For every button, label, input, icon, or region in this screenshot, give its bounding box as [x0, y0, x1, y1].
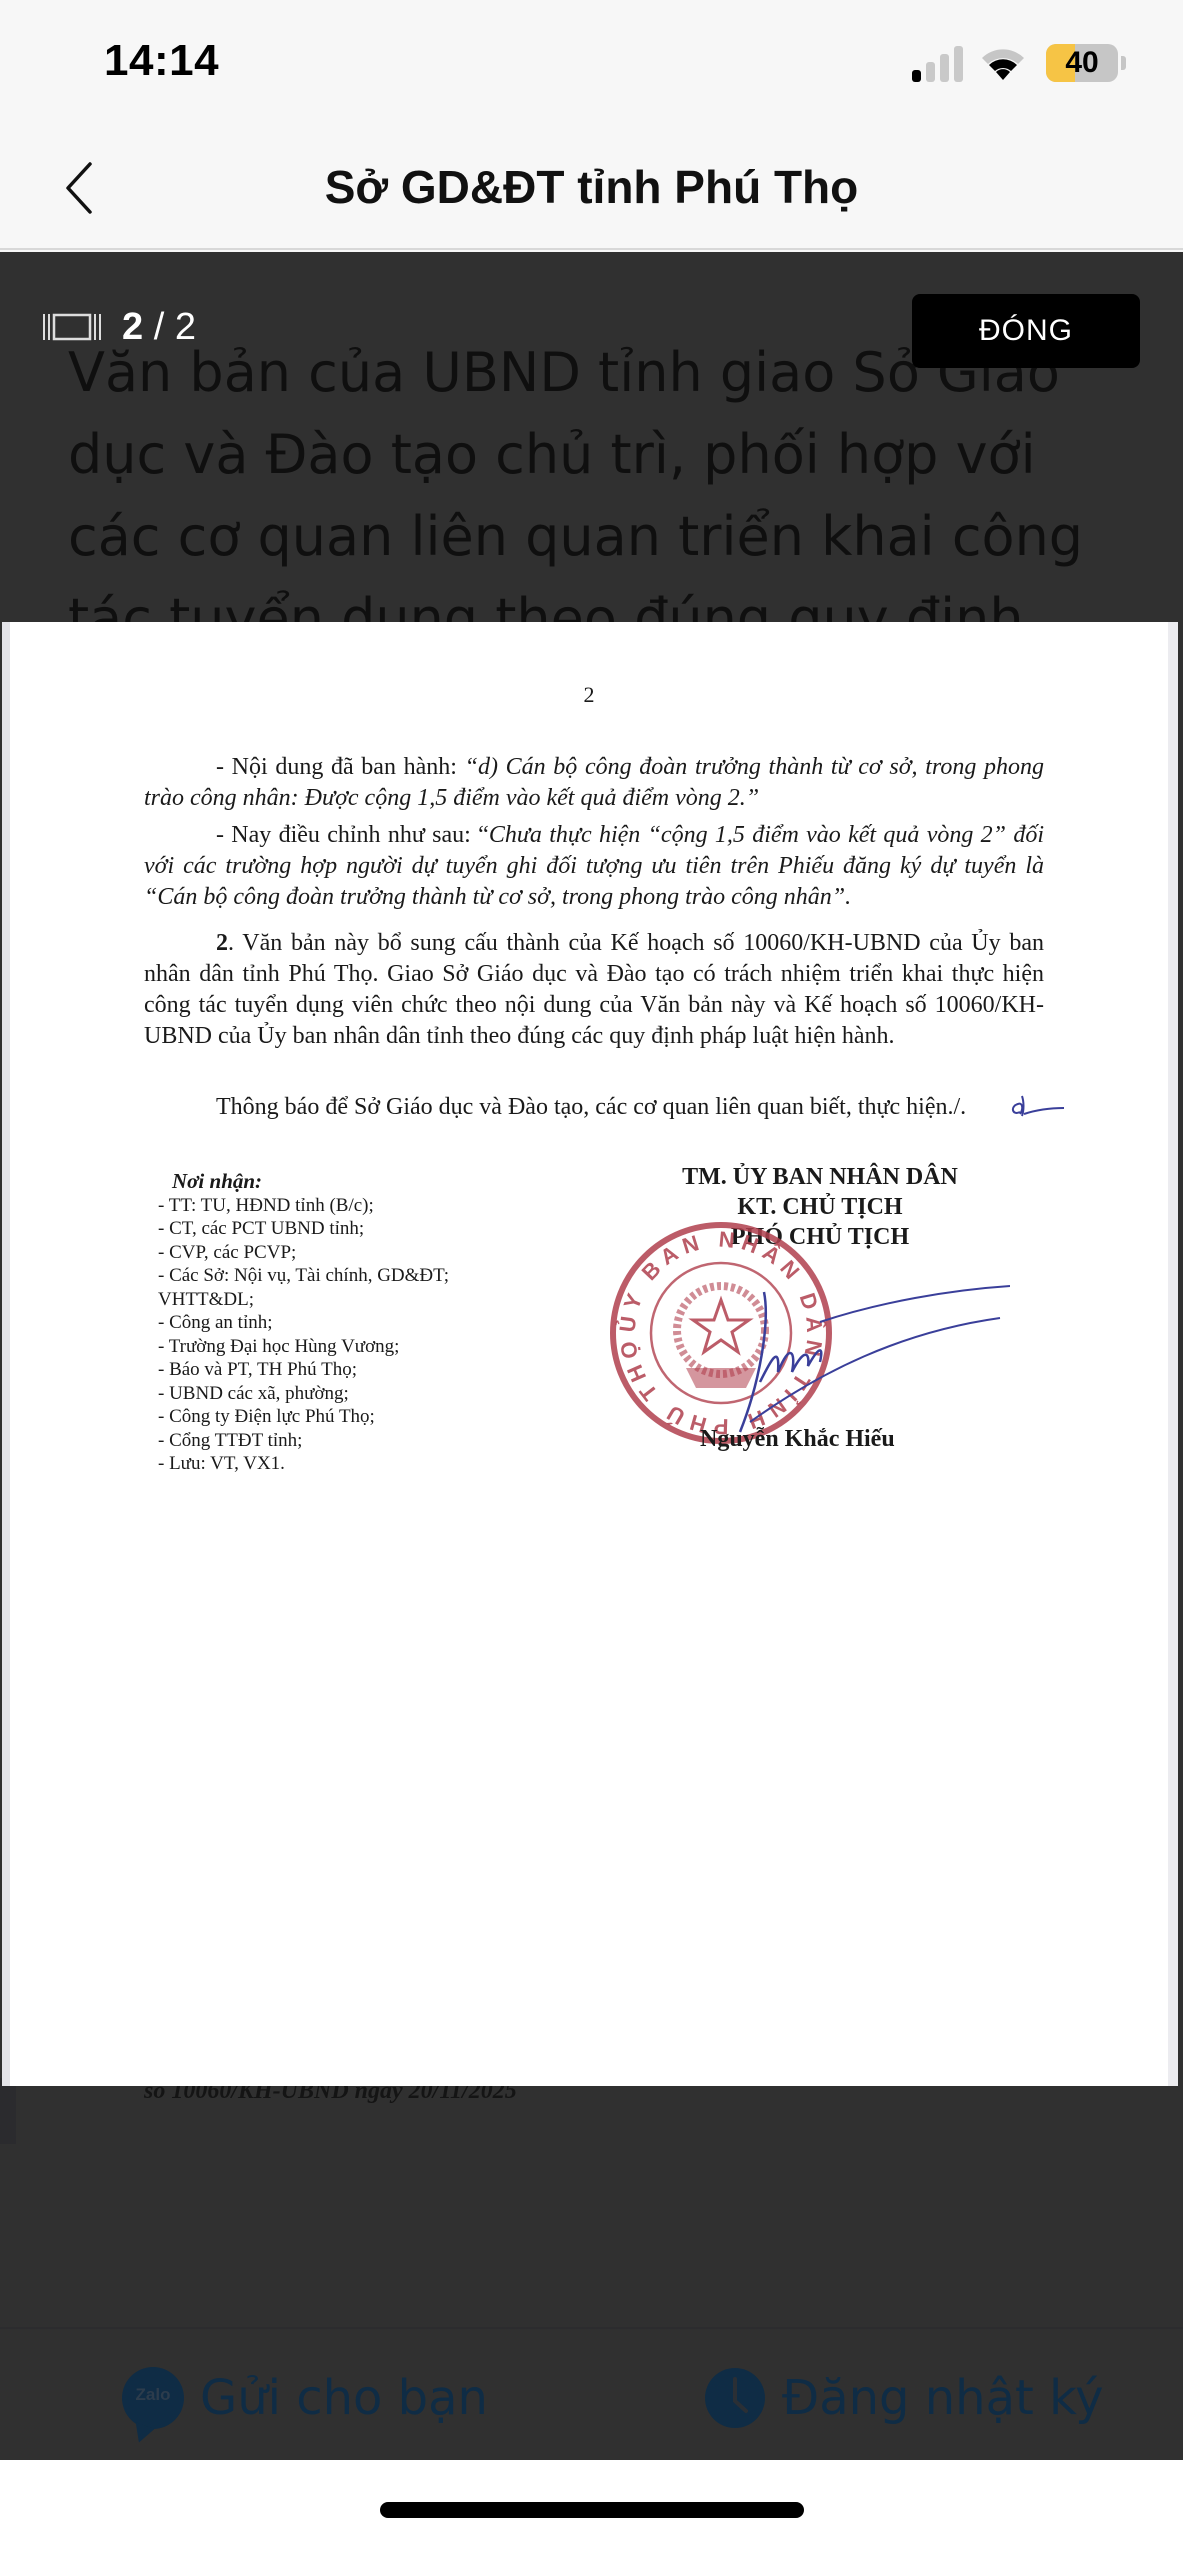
recipient-item: - UBND các xã, phường; [158, 1382, 518, 1406]
recipient-item: - Lưu: VT, VX1. [158, 1452, 518, 1476]
viewer-toolbar: 2 / 2 ĐÓNG [0, 290, 1183, 370]
recipient-item: - Công an tỉnh; [158, 1311, 518, 1335]
page-counter: 2 / 2 [122, 306, 196, 349]
handwritten-signature-icon [700, 1262, 1010, 1442]
recipient-item: - TT: TU, HĐND tỉnh (B/c); [158, 1194, 518, 1218]
paragraph-issued-content: - Nội dung đã ban hành: “d) Cán bộ công … [144, 752, 1044, 814]
recipients-list: Nơi nhận: - TT: TU, HĐND tỉnh (B/c);- CT… [158, 1170, 518, 1476]
signer-name: Nguyễn Khắc Hiếu [700, 1426, 895, 1453]
current-page: 2 [122, 306, 143, 348]
paragraph-notice: Thông báo để Sở Giáo dục và Đào tạo, các… [144, 1092, 1044, 1123]
home-area [0, 2460, 1183, 2560]
recipient-item: - Báo và PT, TH Phú Thọ; [158, 1358, 518, 1382]
share-zalo-button[interactable]: Zalo Gửi cho bạn [122, 2363, 488, 2433]
status-time: 14:14 [104, 36, 219, 86]
article-image-edge [0, 2078, 16, 2144]
cellular-signal-icon [910, 46, 964, 82]
page-separator: / [143, 306, 175, 348]
recipient-item: - Trường Đại học Hùng Vương; [158, 1335, 518, 1359]
document-page-number: 2 [10, 682, 1168, 708]
document-page[interactable]: 2 - Nội dung đã ban hành: “d) Cán bộ côn… [2, 622, 1178, 2086]
clock-icon [704, 2367, 766, 2429]
total-pages: 2 [175, 306, 196, 348]
battery-tip [1121, 56, 1126, 70]
battery-icon: 40 [1046, 44, 1118, 82]
bottom-action-bar: Zalo Gửi cho bạn Đăng nhật ký [0, 2327, 1183, 2460]
initial-mark-icon [1006, 1092, 1066, 1122]
recipients-heading: Nơi nhận: [172, 1170, 518, 1194]
diary-label: Đăng nhật ký [782, 2370, 1104, 2426]
recipient-item: - CVP, các PCVP; [158, 1241, 518, 1265]
recipient-item: - Các Sở: Nội vụ, Tài chính, GD&ĐT; [158, 1264, 518, 1288]
zalo-icon: Zalo [122, 2367, 184, 2429]
status-bar: 14:14 40 [0, 0, 1183, 130]
recipient-item: - CT, các PCT UBND tỉnh; [158, 1217, 518, 1241]
battery-level: 40 [1046, 46, 1118, 80]
paragraph-item-2: 2. Văn bản này bổ sung cấu thành của Kế … [144, 928, 1044, 1052]
recipient-item: - Công ty Điện lực Phú Thọ; [158, 1405, 518, 1429]
paragraph-adjustment: - Nay điều chỉnh như sau: “Chưa thực hiệ… [144, 820, 1044, 913]
home-indicator[interactable] [380, 2502, 804, 2518]
post-diary-button[interactable]: Đăng nhật ký [704, 2363, 1104, 2433]
close-button[interactable]: ĐÓNG [912, 294, 1140, 368]
wifi-icon [980, 44, 1026, 82]
recipient-item: - Cổng TTĐT tỉnh; [158, 1429, 518, 1453]
share-label: Gửi cho bạn [200, 2370, 488, 2426]
pages-icon[interactable] [42, 312, 102, 342]
page-title: Sở GD&ĐT tỉnh Phú Thọ [0, 160, 1183, 214]
recipient-item: VHTT&DL; [158, 1288, 518, 1312]
navigation-bar: Sở GD&ĐT tỉnh Phú Thọ [0, 130, 1183, 250]
